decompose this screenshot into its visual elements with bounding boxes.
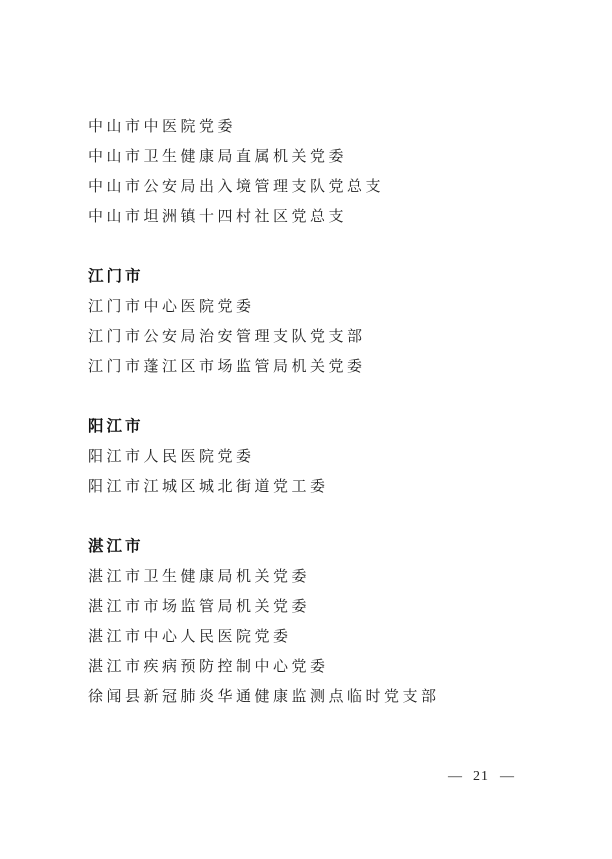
city-section-header: 湛江市 (88, 532, 568, 562)
footer-left-dash: — (448, 768, 462, 786)
page-number: 21 (473, 768, 489, 786)
org-list-item: 江门市公安局治安管理支队党支部 (88, 322, 568, 352)
city-section-header: 阳江市 (88, 412, 568, 442)
org-list-item: 湛江市中心人民医院党委 (88, 622, 568, 652)
city-section-header: 江门市 (88, 262, 568, 292)
org-list-item: 中山市坦洲镇十四村社区党总支 (88, 202, 568, 232)
org-list-item: 中山市中医院党委 (88, 112, 568, 142)
org-list-item: 中山市卫生健康局直属机关党委 (88, 142, 568, 172)
org-list: 中山市中医院党委中山市卫生健康局直属机关党委中山市公安局出入境管理支队党总支中山… (88, 112, 568, 712)
org-list-item: 中山市公安局出入境管理支队党总支 (88, 172, 568, 202)
org-list-item: 徐闻县新冠肺炎华通健康监测点临时党支部 (88, 682, 568, 712)
org-list-item: 湛江市市场监管局机关党委 (88, 592, 568, 622)
org-list-item: 江门市蓬江区市场监管局机关党委 (88, 352, 568, 382)
org-list-item: 阳江市人民医院党委 (88, 442, 568, 472)
footer-right-dash: — (500, 768, 514, 786)
org-list-item: 湛江市疾病预防控制中心党委 (88, 652, 568, 682)
page-footer: — 21 — (448, 768, 514, 786)
org-list-item: 阳江市江城区城北街道党工委 (88, 472, 568, 502)
org-list-item: 江门市中心医院党委 (88, 292, 568, 322)
document-page: 中山市中医院党委中山市卫生健康局直属机关党委中山市公安局出入境管理支队党总支中山… (0, 0, 612, 859)
org-list-item: 湛江市卫生健康局机关党委 (88, 562, 568, 592)
